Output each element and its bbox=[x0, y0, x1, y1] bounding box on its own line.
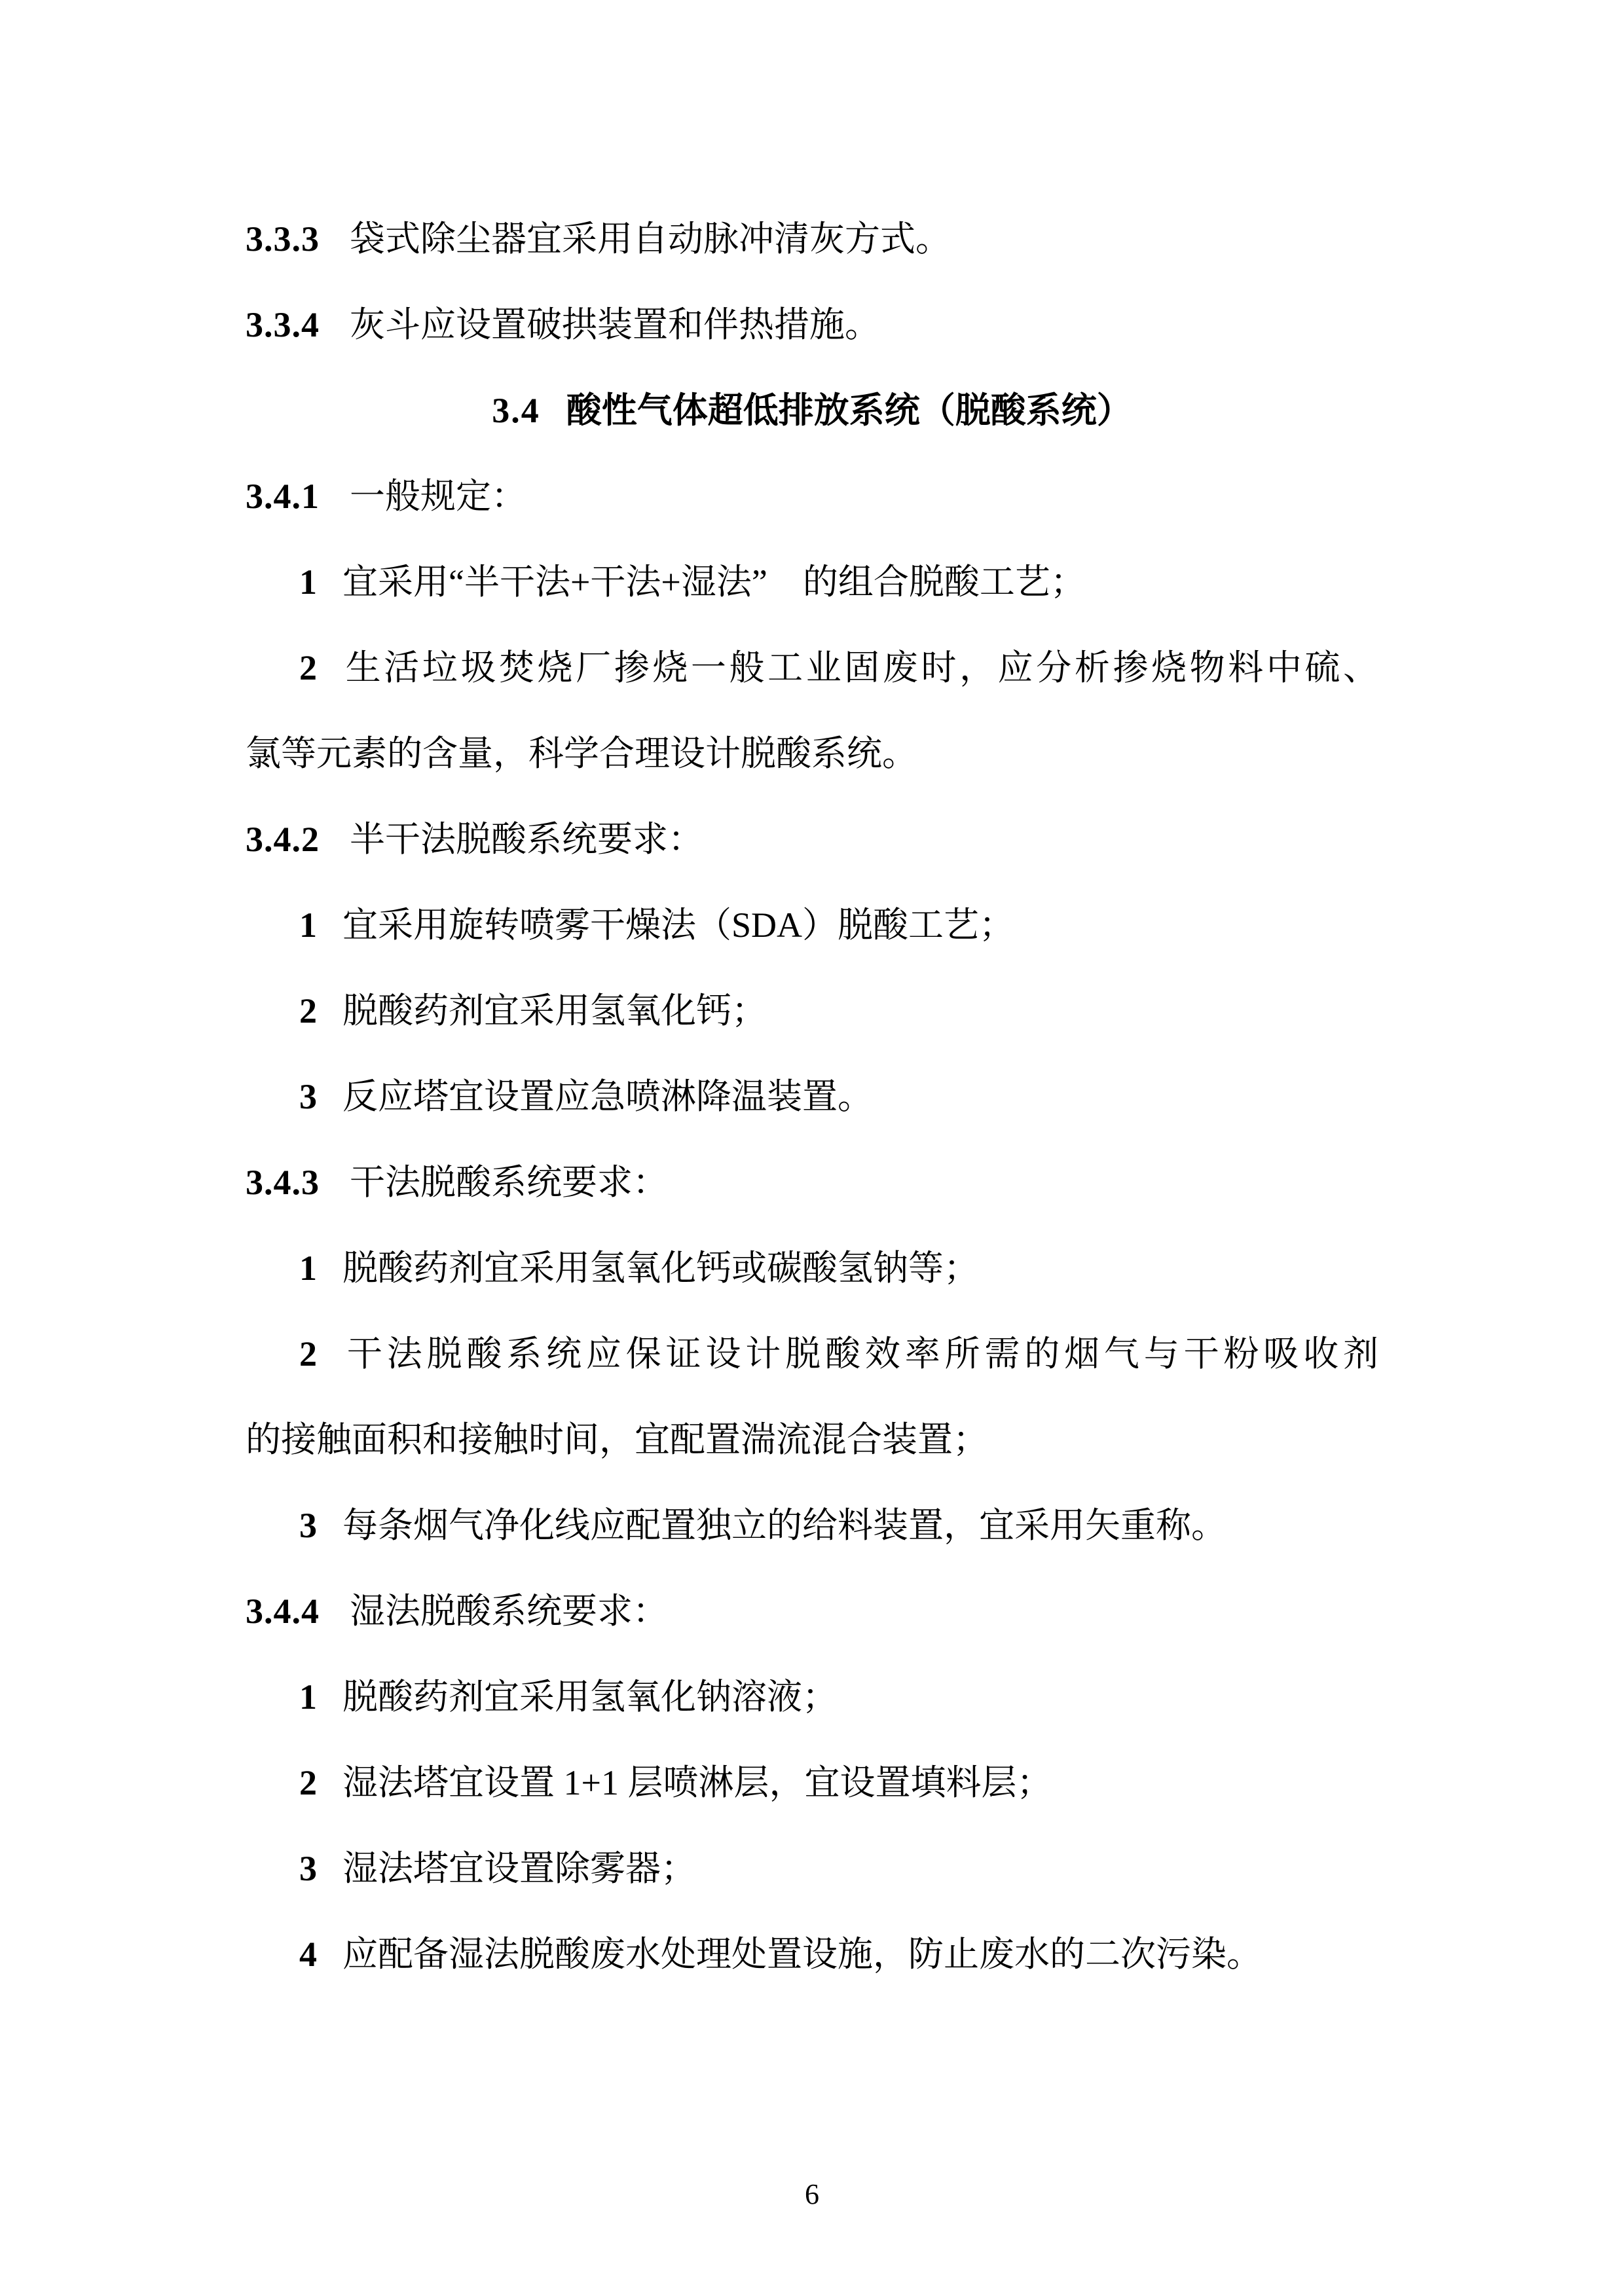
item-text: 宜采用旋转喷雾干燥法（SDA）脱酸工艺； bbox=[342, 905, 1014, 945]
clause-text: 湿法脱酸系统要求： bbox=[350, 1592, 668, 1631]
continuation-line: 氯等元素的含量，科学合理设计脱酸系统。 bbox=[246, 711, 1378, 797]
list-item: 2脱酸药剂宜采用氢氧化钙； bbox=[246, 968, 1378, 1054]
page-number: 6 bbox=[0, 2175, 1624, 2214]
list-item: 3湿法塔宜设置除雾器； bbox=[246, 1826, 1378, 1912]
item-text: 脱酸药剂宜采用氢氧化钙或碳酸氢钠等； bbox=[342, 1248, 979, 1288]
item-text: 生活垃圾焚烧厂掺烧一般工业固废时，应分析掺烧物料中硫、 bbox=[342, 648, 1378, 687]
list-item: 1宜采用“半干法+干法+湿法” 的组合脱酸工艺； bbox=[246, 539, 1378, 625]
item-text: 脱酸药剂宜采用氢氧化钙； bbox=[342, 991, 767, 1030]
continuation-text: 氯等元素的含量，科学合理设计脱酸系统。 bbox=[246, 734, 917, 773]
item-text: 反应塔宜设置应急喷淋降温装置。 bbox=[342, 1077, 873, 1116]
list-item: 1脱酸药剂宜采用氢氧化钠溶液； bbox=[246, 1654, 1378, 1740]
document-body: 3.3.3袋式除尘器宜采用自动脉冲清灰方式。 3.3.4灰斗应设置破拱装置和伴热… bbox=[246, 196, 1378, 1997]
list-item: 3反应塔宜设置应急喷淋降温装置。 bbox=[246, 1054, 1378, 1140]
clause-3-4-3: 3.4.3干法脱酸系统要求： bbox=[246, 1140, 1378, 1226]
item-number: 2 bbox=[299, 648, 318, 687]
item-text: 湿法塔宜设置除雾器； bbox=[342, 1849, 696, 1888]
clause-number: 3.4.1 bbox=[246, 477, 320, 516]
item-text: 脱酸药剂宜采用氢氧化钠溶液； bbox=[342, 1677, 838, 1717]
continuation-text: 的接触面积和接触时间，宜配置湍流混合装置； bbox=[246, 1420, 988, 1459]
item-number: 3 bbox=[299, 1506, 318, 1545]
list-item: 1脱酸药剂宜采用氢氧化钙或碳酸氢钠等； bbox=[246, 1226, 1378, 1311]
clause-3-4-2: 3.4.2半干法脱酸系统要求： bbox=[246, 797, 1378, 883]
item-text: 宜采用“半干法+干法+湿法” 的组合脱酸工艺； bbox=[342, 562, 1086, 602]
item-number: 1 bbox=[299, 562, 318, 602]
list-item: 3每条烟气净化线应配置独立的给料装置，宜采用矢重称。 bbox=[246, 1483, 1378, 1569]
continuation-line: 的接触面积和接触时间，宜配置湍流混合装置； bbox=[246, 1397, 1378, 1483]
item-number: 3 bbox=[299, 1077, 318, 1116]
clause-text: 袋式除尘器宜采用自动脉冲清灰方式。 bbox=[350, 219, 951, 259]
clause-text: 干法脱酸系统要求： bbox=[350, 1163, 668, 1202]
item-text: 每条烟气净化线应配置独立的给料装置，宜采用矢重称。 bbox=[342, 1506, 1227, 1545]
item-number: 2 bbox=[299, 991, 318, 1030]
clause-3-4-1: 3.4.1一般规定： bbox=[246, 454, 1378, 539]
list-item: 2干法脱酸系统应保证设计脱酸效率所需的烟气与干粉吸收剂 bbox=[246, 1311, 1378, 1397]
section-heading-3-4: 3.4酸性气体超低排放系统（脱酸系统） bbox=[246, 368, 1378, 454]
clause-text: 半干法脱酸系统要求： bbox=[350, 820, 703, 859]
clause-number: 3.3.3 bbox=[246, 219, 320, 259]
list-item: 2湿法塔宜设置 1+1 层喷淋层，宜设置填料层； bbox=[246, 1740, 1378, 1826]
clause-3-3-3: 3.3.3袋式除尘器宜采用自动脉冲清灰方式。 bbox=[246, 196, 1378, 282]
item-number: 3 bbox=[299, 1849, 318, 1888]
clause-3-4-4: 3.4.4湿法脱酸系统要求： bbox=[246, 1569, 1378, 1654]
item-number: 1 bbox=[299, 905, 318, 945]
clause-number: 3.4.2 bbox=[246, 820, 320, 859]
item-text: 干法脱酸系统应保证设计脱酸效率所需的烟气与干粉吸收剂 bbox=[342, 1334, 1378, 1374]
clause-text: 灰斗应设置破拱装置和伴热措施。 bbox=[350, 305, 880, 344]
list-item: 1宜采用旋转喷雾干燥法（SDA）脱酸工艺； bbox=[246, 883, 1378, 968]
list-item: 2生活垃圾焚烧厂掺烧一般工业固废时，应分析掺烧物料中硫、 bbox=[246, 625, 1378, 711]
item-number: 1 bbox=[299, 1677, 318, 1717]
item-number: 2 bbox=[299, 1763, 318, 1802]
item-text: 湿法塔宜设置 1+1 层喷淋层，宜设置填料层； bbox=[342, 1763, 1052, 1802]
clause-number: 3.4.4 bbox=[246, 1592, 320, 1631]
item-number: 1 bbox=[299, 1248, 318, 1288]
clause-number: 3.4.3 bbox=[246, 1163, 320, 1202]
clause-text: 一般规定： bbox=[350, 477, 526, 516]
list-item: 4应配备湿法脱酸废水处理处置设施，防止废水的二次污染。 bbox=[246, 1912, 1378, 1997]
item-number: 2 bbox=[299, 1334, 318, 1374]
heading-number: 3.4 bbox=[492, 391, 540, 430]
clause-3-3-4: 3.3.4灰斗应设置破拱装置和伴热措施。 bbox=[246, 282, 1378, 368]
heading-title: 酸性气体超低排放系统（脱酸系统） bbox=[566, 391, 1132, 430]
item-text: 应配备湿法脱酸废水处理处置设施，防止废水的二次污染。 bbox=[342, 1935, 1262, 1974]
item-number: 4 bbox=[299, 1935, 318, 1974]
document-page: 3.3.3袋式除尘器宜采用自动脉冲清灰方式。 3.3.4灰斗应设置破拱装置和伴热… bbox=[0, 0, 1624, 2296]
clause-number: 3.3.4 bbox=[246, 305, 320, 344]
